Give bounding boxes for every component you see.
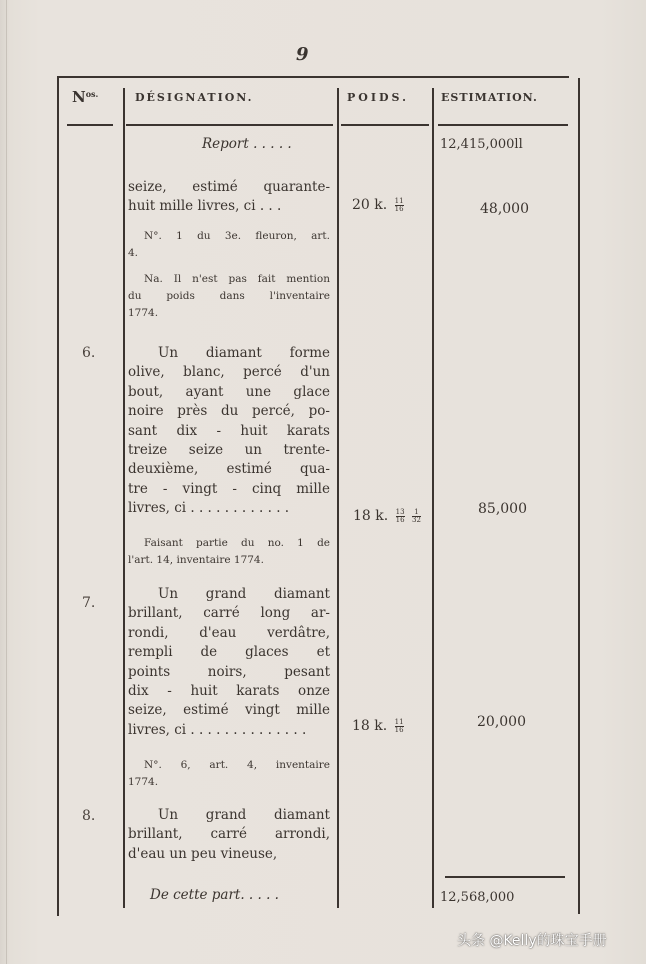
description-line: tre - vingt - cinq mille bbox=[128, 480, 330, 499]
entry-weight: 18 k. 1116 bbox=[352, 718, 404, 734]
note-line: 1774. bbox=[128, 774, 330, 791]
description-line: rempli de glaces et bbox=[128, 643, 330, 662]
description-line: treize seize un trente- bbox=[128, 441, 330, 460]
entry-continuation-weight: 20 k. 1116 bbox=[352, 197, 404, 213]
column-divider-estimate bbox=[432, 88, 434, 908]
description-line: brillant, carré arrondi, bbox=[128, 825, 330, 844]
column-divider-designation bbox=[123, 88, 125, 908]
description-line: noire près du percé, po- bbox=[128, 402, 330, 421]
entry-continuation-estimate: 48,000 bbox=[480, 201, 529, 217]
description-line: Un grand diamant bbox=[128, 806, 330, 825]
description-line: Un diamant forme bbox=[128, 344, 330, 363]
page-edge-shadow bbox=[6, 0, 7, 964]
header-underline-designation bbox=[126, 124, 333, 126]
table-top-rule bbox=[57, 76, 569, 78]
entry-estimate: 85,000 bbox=[478, 501, 527, 517]
weight-value: 18 k. bbox=[352, 718, 387, 734]
description-line: livres, ci . . . . . . . . . . . . . . bbox=[128, 721, 330, 740]
note-line: N°. 6, art. 4, inventaire bbox=[128, 757, 330, 774]
entry-number: 6. bbox=[82, 345, 95, 361]
header-underline-number bbox=[67, 124, 113, 126]
weight-fraction-2: 132 bbox=[412, 509, 421, 524]
note-line: 4. bbox=[128, 245, 330, 262]
header-underline-estimate bbox=[438, 124, 568, 126]
header-designation: DÉSIGNATION. bbox=[135, 91, 254, 104]
entry-continuation-description: seize, estimé quarante- huit mille livre… bbox=[128, 178, 330, 217]
note-line: Faisant partie du no. 1 de bbox=[128, 535, 330, 552]
description-line: seize, estimé vingt mille bbox=[128, 701, 330, 720]
description-line: huit mille livres, ci . . . bbox=[128, 197, 330, 216]
table-left-rule bbox=[57, 76, 59, 916]
entry-description: Un diamant forme olive, blanc, percé d'u… bbox=[128, 344, 330, 519]
header-estimate: ESTIMATION. bbox=[441, 91, 538, 104]
weight-value: 18 k. bbox=[353, 508, 388, 524]
note-line: 1774. bbox=[128, 305, 330, 322]
column-divider-weight bbox=[337, 88, 339, 908]
fraction-denominator: 16 bbox=[395, 727, 404, 734]
description-line: bout, ayant une glace bbox=[128, 383, 330, 402]
entry-description: Un grand diamant brillant, carré long ar… bbox=[128, 585, 330, 740]
carry-forward-value: 12,568,000 bbox=[440, 888, 514, 908]
header-underline-weight bbox=[341, 124, 429, 126]
weight-fraction: 1116 bbox=[395, 198, 404, 213]
description-line: deuxième, estimé qua- bbox=[128, 460, 330, 479]
note-line: du poids dans l'inventaire bbox=[128, 288, 330, 305]
report-label: Report . . . . . bbox=[202, 135, 292, 155]
total-underline bbox=[445, 876, 565, 878]
description-line: d'eau un peu vineuse, bbox=[128, 845, 330, 864]
header-number-sup: os. bbox=[86, 89, 99, 99]
description-line: sant dix - huit karats bbox=[128, 422, 330, 441]
description-line: olive, blanc, percé d'un bbox=[128, 363, 330, 382]
note-line: l'art. 14, inventaire 1774. bbox=[128, 552, 330, 569]
entry-number: 8. bbox=[82, 808, 95, 824]
entry-number: 7. bbox=[82, 595, 95, 611]
table-right-rule bbox=[578, 78, 580, 914]
description-line: brillant, carré long ar- bbox=[128, 604, 330, 623]
description-line: Un grand diamant bbox=[128, 585, 330, 604]
header-number-label: N bbox=[72, 88, 86, 106]
entry-weight: 18 k. 1316 132 bbox=[353, 508, 421, 524]
entry-continuation-note-2: Na. Il n'est pas fait mention du poids d… bbox=[128, 271, 330, 322]
fraction-denominator: 16 bbox=[395, 206, 404, 213]
description-line: points noirs, pesant bbox=[128, 663, 330, 682]
entry-description: Un grand diamant brillant, carré arrondi… bbox=[128, 806, 330, 864]
note-line: N°. 1 du 3e. fleuron, art. bbox=[128, 228, 330, 245]
description-line: livres, ci . . . . . . . . . . . . bbox=[128, 499, 330, 518]
note-line: Na. Il n'est pas fait mention bbox=[128, 271, 330, 288]
fraction-denominator: 16 bbox=[396, 517, 405, 524]
weight-value: 20 k. bbox=[352, 197, 387, 213]
header-weight: POIDS. bbox=[347, 91, 409, 104]
entry-continuation-note-1: N°. 1 du 3e. fleuron, art. 4. bbox=[128, 228, 330, 262]
description-line: dix - huit karats onze bbox=[128, 682, 330, 701]
entry-estimate: 20,000 bbox=[477, 714, 526, 730]
description-line: rondi, d'eau verdâtre, bbox=[128, 624, 330, 643]
document-page: 9 Nos. DÉSIGNATION. POIDS. ESTIMATION. R… bbox=[0, 0, 646, 964]
page-number: 9 bbox=[296, 44, 309, 65]
watermark: 头条 @Kelly的珠宝手册 bbox=[457, 930, 607, 950]
carry-forward-label: De cette part. . . . . bbox=[150, 886, 279, 906]
header-number: Nos. bbox=[72, 88, 98, 106]
weight-fraction: 1116 bbox=[395, 719, 404, 734]
description-line: seize, estimé quarante- bbox=[128, 178, 330, 197]
report-value: 12,415,000ll bbox=[440, 135, 523, 155]
weight-fraction: 1316 bbox=[396, 509, 405, 524]
entry-note: Faisant partie du no. 1 de l'art. 14, in… bbox=[128, 535, 330, 569]
fraction-denominator: 32 bbox=[412, 517, 421, 524]
entry-note: N°. 6, art. 4, inventaire 1774. bbox=[128, 757, 330, 791]
